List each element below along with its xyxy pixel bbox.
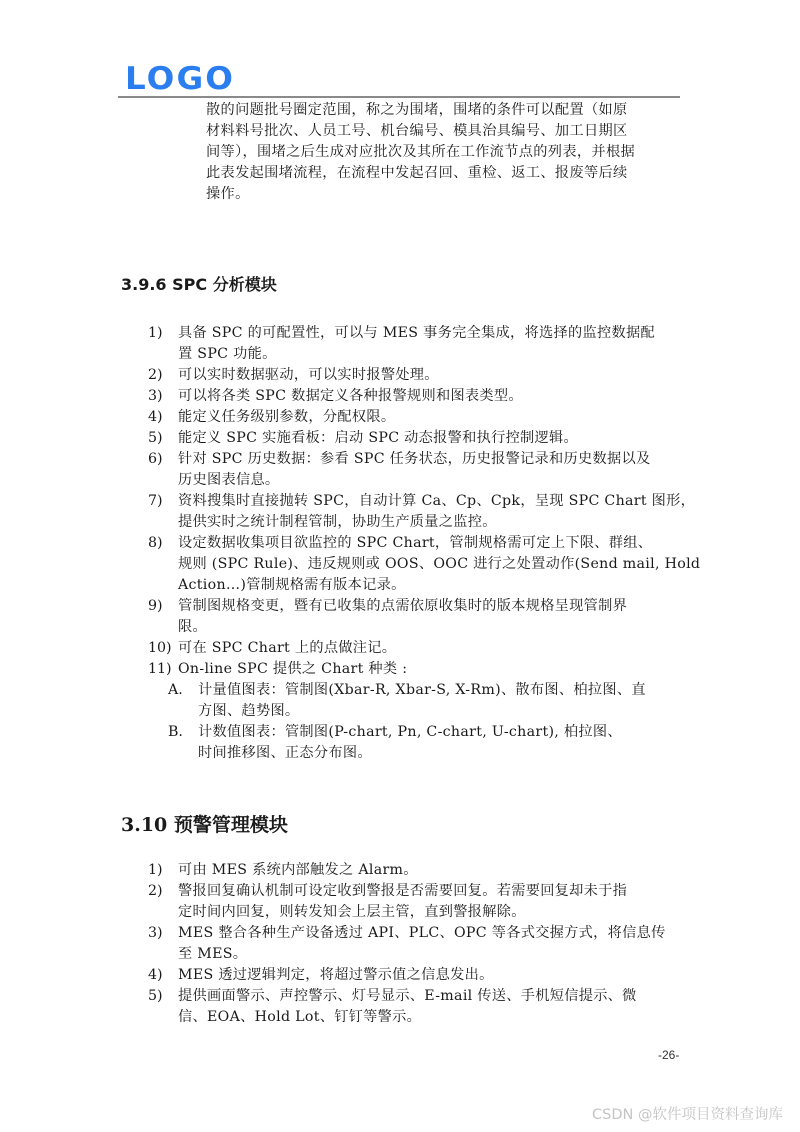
list-item: 10) 可在 SPC Chart 上的点做注记。 [148, 638, 688, 659]
list-number: 6) [148, 449, 163, 470]
list-line: 可由 MES 系统内部触发之 Alarm。 [178, 860, 688, 881]
list-number: 3) [148, 923, 163, 944]
list-number: 4) [148, 407, 163, 428]
list-line: 可以将各类 SPC 数据定义各种报警规则和图表类型。 [178, 386, 688, 407]
paragraph-line: 操作。 [206, 184, 682, 205]
list-item: 4) MES 透过逻辑判定，将超过警示值之信息发出。 [148, 965, 688, 986]
paragraph-line: 散的问题批号圈定范围，称之为围堵，围堵的条件可以配置（如原 [206, 100, 682, 121]
list-number: 1) [148, 860, 163, 881]
list-line: MES 整合各种生产设备透过 API、PLC、OPC 等各式交握方式，将信息传 [178, 923, 688, 944]
paragraph-line: 材料料号批次、人员工号、机台编号、模具治具编号、加工日期区 [206, 121, 682, 142]
list-number: 7) [148, 491, 163, 512]
list-item: 2) 警报回复确认机制可设定收到警报是否需要回复。若需要回复却未于指定时间内回复… [148, 881, 688, 923]
list-item: 9) 管制图规格变更，暨有已收集的点需依原收集时的版本规格呈现管制界限。 [148, 596, 688, 638]
section-heading-spc: 3.9.6 SPC 分析模块 [121, 274, 277, 296]
list-line: 设定数据收集项目欲监控的 SPC Chart，管制规格需可定上下限、群组、 [178, 533, 688, 554]
list-item: 3) MES 整合各种生产设备透过 API、PLC、OPC 等各式交握方式，将信… [148, 923, 688, 965]
list-line: 能定义 SPC 实施看板：启动 SPC 动态报警和执行控制逻辑。 [178, 428, 688, 449]
list-line: On-line SPC 提供之 Chart 种类 : [178, 659, 688, 680]
list-number: 9) [148, 596, 163, 617]
list-item: 2) 可以实时数据驱动，可以实时报警处理。 [148, 365, 688, 386]
list-number: 4) [148, 965, 163, 986]
list-line: 计数值图表：管制图(P-chart, Pn, C-chart, U-chart)… [198, 722, 688, 743]
list-line: 可在 SPC Chart 上的点做注记。 [178, 638, 688, 659]
list-item: 11) On-line SPC 提供之 Chart 种类 : [148, 659, 688, 680]
list-number: 1) [148, 323, 163, 344]
list-line: 时间推移图、正态分布图。 [198, 743, 688, 764]
list-number: 3) [148, 386, 163, 407]
list-line: 能定义任务级别参数，分配权限。 [178, 407, 688, 428]
list-item: 5) 能定义 SPC 实施看板：启动 SPC 动态报警和执行控制逻辑。 [148, 428, 688, 449]
list-line: 管制图规格变更，暨有已收集的点需依原收集时的版本规格呈现管制界 [178, 596, 688, 617]
list-line: 资料搜集时直接抛转 SPC，自动计算 Ca、Cp、Cpk，呈现 SPC Char… [178, 491, 688, 512]
list-line: 针对 SPC 历史数据：参看 SPC 任务状态，历史报警记录和历史数据以及 [178, 449, 688, 470]
list-line: 计量值图表：管制图(Xbar-R, Xbar-S, X-Rm)、散布图、柏拉图、… [198, 680, 688, 701]
alarm-feature-list: 1) 可由 MES 系统内部触发之 Alarm。 2) 警报回复确认机制可设定收… [148, 860, 688, 1028]
list-letter: A. [168, 680, 183, 701]
list-sub-item: B. 计数值图表：管制图(P-chart, Pn, C-chart, U-cha… [148, 722, 688, 764]
list-item: 8) 设定数据收集项目欲监控的 SPC Chart，管制规格需可定上下限、群组、… [148, 533, 688, 596]
list-item: 7) 资料搜集时直接抛转 SPC，自动计算 Ca、Cp、Cpk，呈现 SPC C… [148, 491, 688, 533]
intro-paragraph: 散的问题批号圈定范围，称之为围堵，围堵的条件可以配置（如原 材料料号批次、人员工… [206, 100, 682, 205]
list-number: 11) [148, 659, 172, 680]
list-line: 规则 (SPC Rule)、违反规则或 OOS、OOC 进行之处置动作(Send… [178, 554, 688, 575]
list-line: 至 MES。 [178, 944, 688, 965]
list-line: Action…)管制规格需有版本记录。 [178, 575, 688, 596]
list-line: 历史图表信息。 [178, 470, 688, 491]
list-line: 提供画面警示、声控警示、灯号显示、E-mail 传送、手机短信提示、微 [178, 986, 688, 1007]
list-item: 1) 可由 MES 系统内部触发之 Alarm。 [148, 860, 688, 881]
list-line: 置 SPC 功能。 [178, 344, 688, 365]
list-line: 提供实时之统计制程管制，协助生产质量之监控。 [178, 512, 688, 533]
list-item: 3) 可以将各类 SPC 数据定义各种报警规则和图表类型。 [148, 386, 688, 407]
header-rule [118, 96, 680, 98]
list-line: 定时间内回复，则转发知会上层主管，直到警报解除。 [178, 902, 688, 923]
list-item: 4) 能定义任务级别参数，分配权限。 [148, 407, 688, 428]
list-number: 8) [148, 533, 163, 554]
list-number: 5) [148, 428, 163, 449]
list-number: 10) [148, 638, 172, 659]
list-number: 2) [148, 365, 163, 386]
list-line: 限。 [178, 617, 688, 638]
spc-feature-list: 1) 具备 SPC 的可配置性，可以与 MES 事务完全集成，将选择的监控数据配… [148, 323, 688, 764]
list-line: 方图、趋势图。 [198, 701, 688, 722]
list-line: 可以实时数据驱动，可以实时报警处理。 [178, 365, 688, 386]
list-number: 2) [148, 881, 163, 902]
list-letter: B. [168, 722, 183, 743]
watermark: CSDN @软件项目资料查询库 [592, 1103, 783, 1124]
list-item: 1) 具备 SPC 的可配置性，可以与 MES 事务完全集成，将选择的监控数据配… [148, 323, 688, 365]
list-line: 警报回复确认机制可设定收到警报是否需要回复。若需要回复却未于指 [178, 881, 688, 902]
list-sub-item: A. 计量值图表：管制图(Xbar-R, Xbar-S, X-Rm)、散布图、柏… [148, 680, 688, 722]
list-line: MES 透过逻辑判定，将超过警示值之信息发出。 [178, 965, 688, 986]
list-item: 6) 针对 SPC 历史数据：参看 SPC 任务状态，历史报警记录和历史数据以及… [148, 449, 688, 491]
paragraph-line: 间等），围堵之后生成对应批次及其所在工作流节点的列表，并根据 [206, 142, 682, 163]
list-line: 信、EOA、Hold Lot、钉钉等警示。 [178, 1007, 688, 1028]
logo: LOGO [125, 63, 235, 95]
list-item: 5) 提供画面警示、声控警示、灯号显示、E-mail 传送、手机短信提示、微信、… [148, 986, 688, 1028]
page-number: -26- [658, 1048, 679, 1062]
list-line: 具备 SPC 的可配置性，可以与 MES 事务完全集成，将选择的监控数据配 [178, 323, 688, 344]
section-heading-alarm: 3.10 预警管理模块 [121, 812, 288, 838]
paragraph-line: 此表发起围堵流程，在流程中发起召回、重检、返工、报废等后续 [206, 163, 682, 184]
list-number: 5) [148, 986, 163, 1007]
